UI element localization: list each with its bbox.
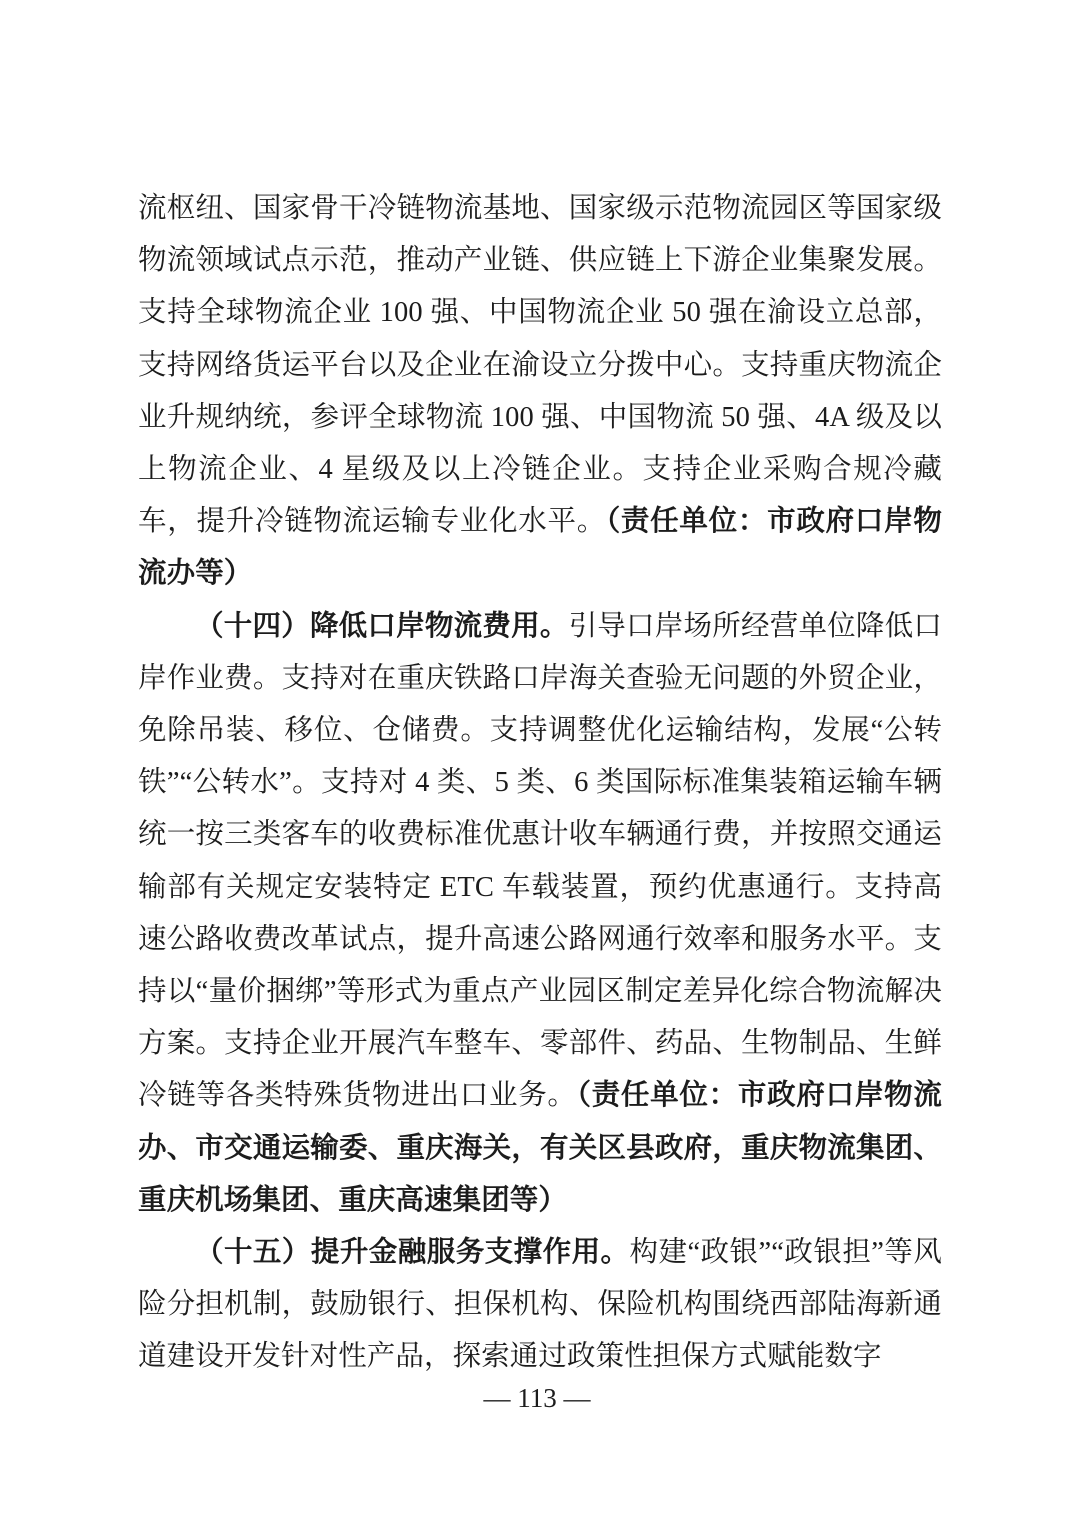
paragraph: （十四）降低口岸物流费用。引导口岸场所经营单位降低口岸作业费。支持对在重庆铁路口… [138,601,942,1227]
bold-run: （十五）提升金融服务支撑作用。 [195,1237,630,1268]
text-run: 流枢纽、国家骨干冷链物流基地、国家级示范物流园区等国家级物流领域试点示范，推动产… [138,193,942,537]
document-body: 流枢纽、国家骨干冷链物流基地、国家级示范物流园区等国家级物流领域试点示范，推动产… [138,183,942,1384]
paragraph: 流枢纽、国家骨干冷链物流基地、国家级示范物流园区等国家级物流领域试点示范，推动产… [138,183,942,601]
text-run: 引导口岸场所经营单位降低口岸作业费。支持对在重庆铁路口岸海关查验无问题的外贸企业… [138,611,942,1112]
paragraph: （十五）提升金融服务支撑作用。构建“政银”“政银担”等风险分担机制，鼓励银行、担… [138,1227,942,1384]
page-number: — 113 — [0,1378,1074,1418]
bold-run: （十四）降低口岸物流费用。 [195,611,569,642]
document-page: 流枢纽、国家骨干冷链物流基地、国家级示范物流园区等国家级物流领域试点示范，推动产… [0,0,1074,1520]
